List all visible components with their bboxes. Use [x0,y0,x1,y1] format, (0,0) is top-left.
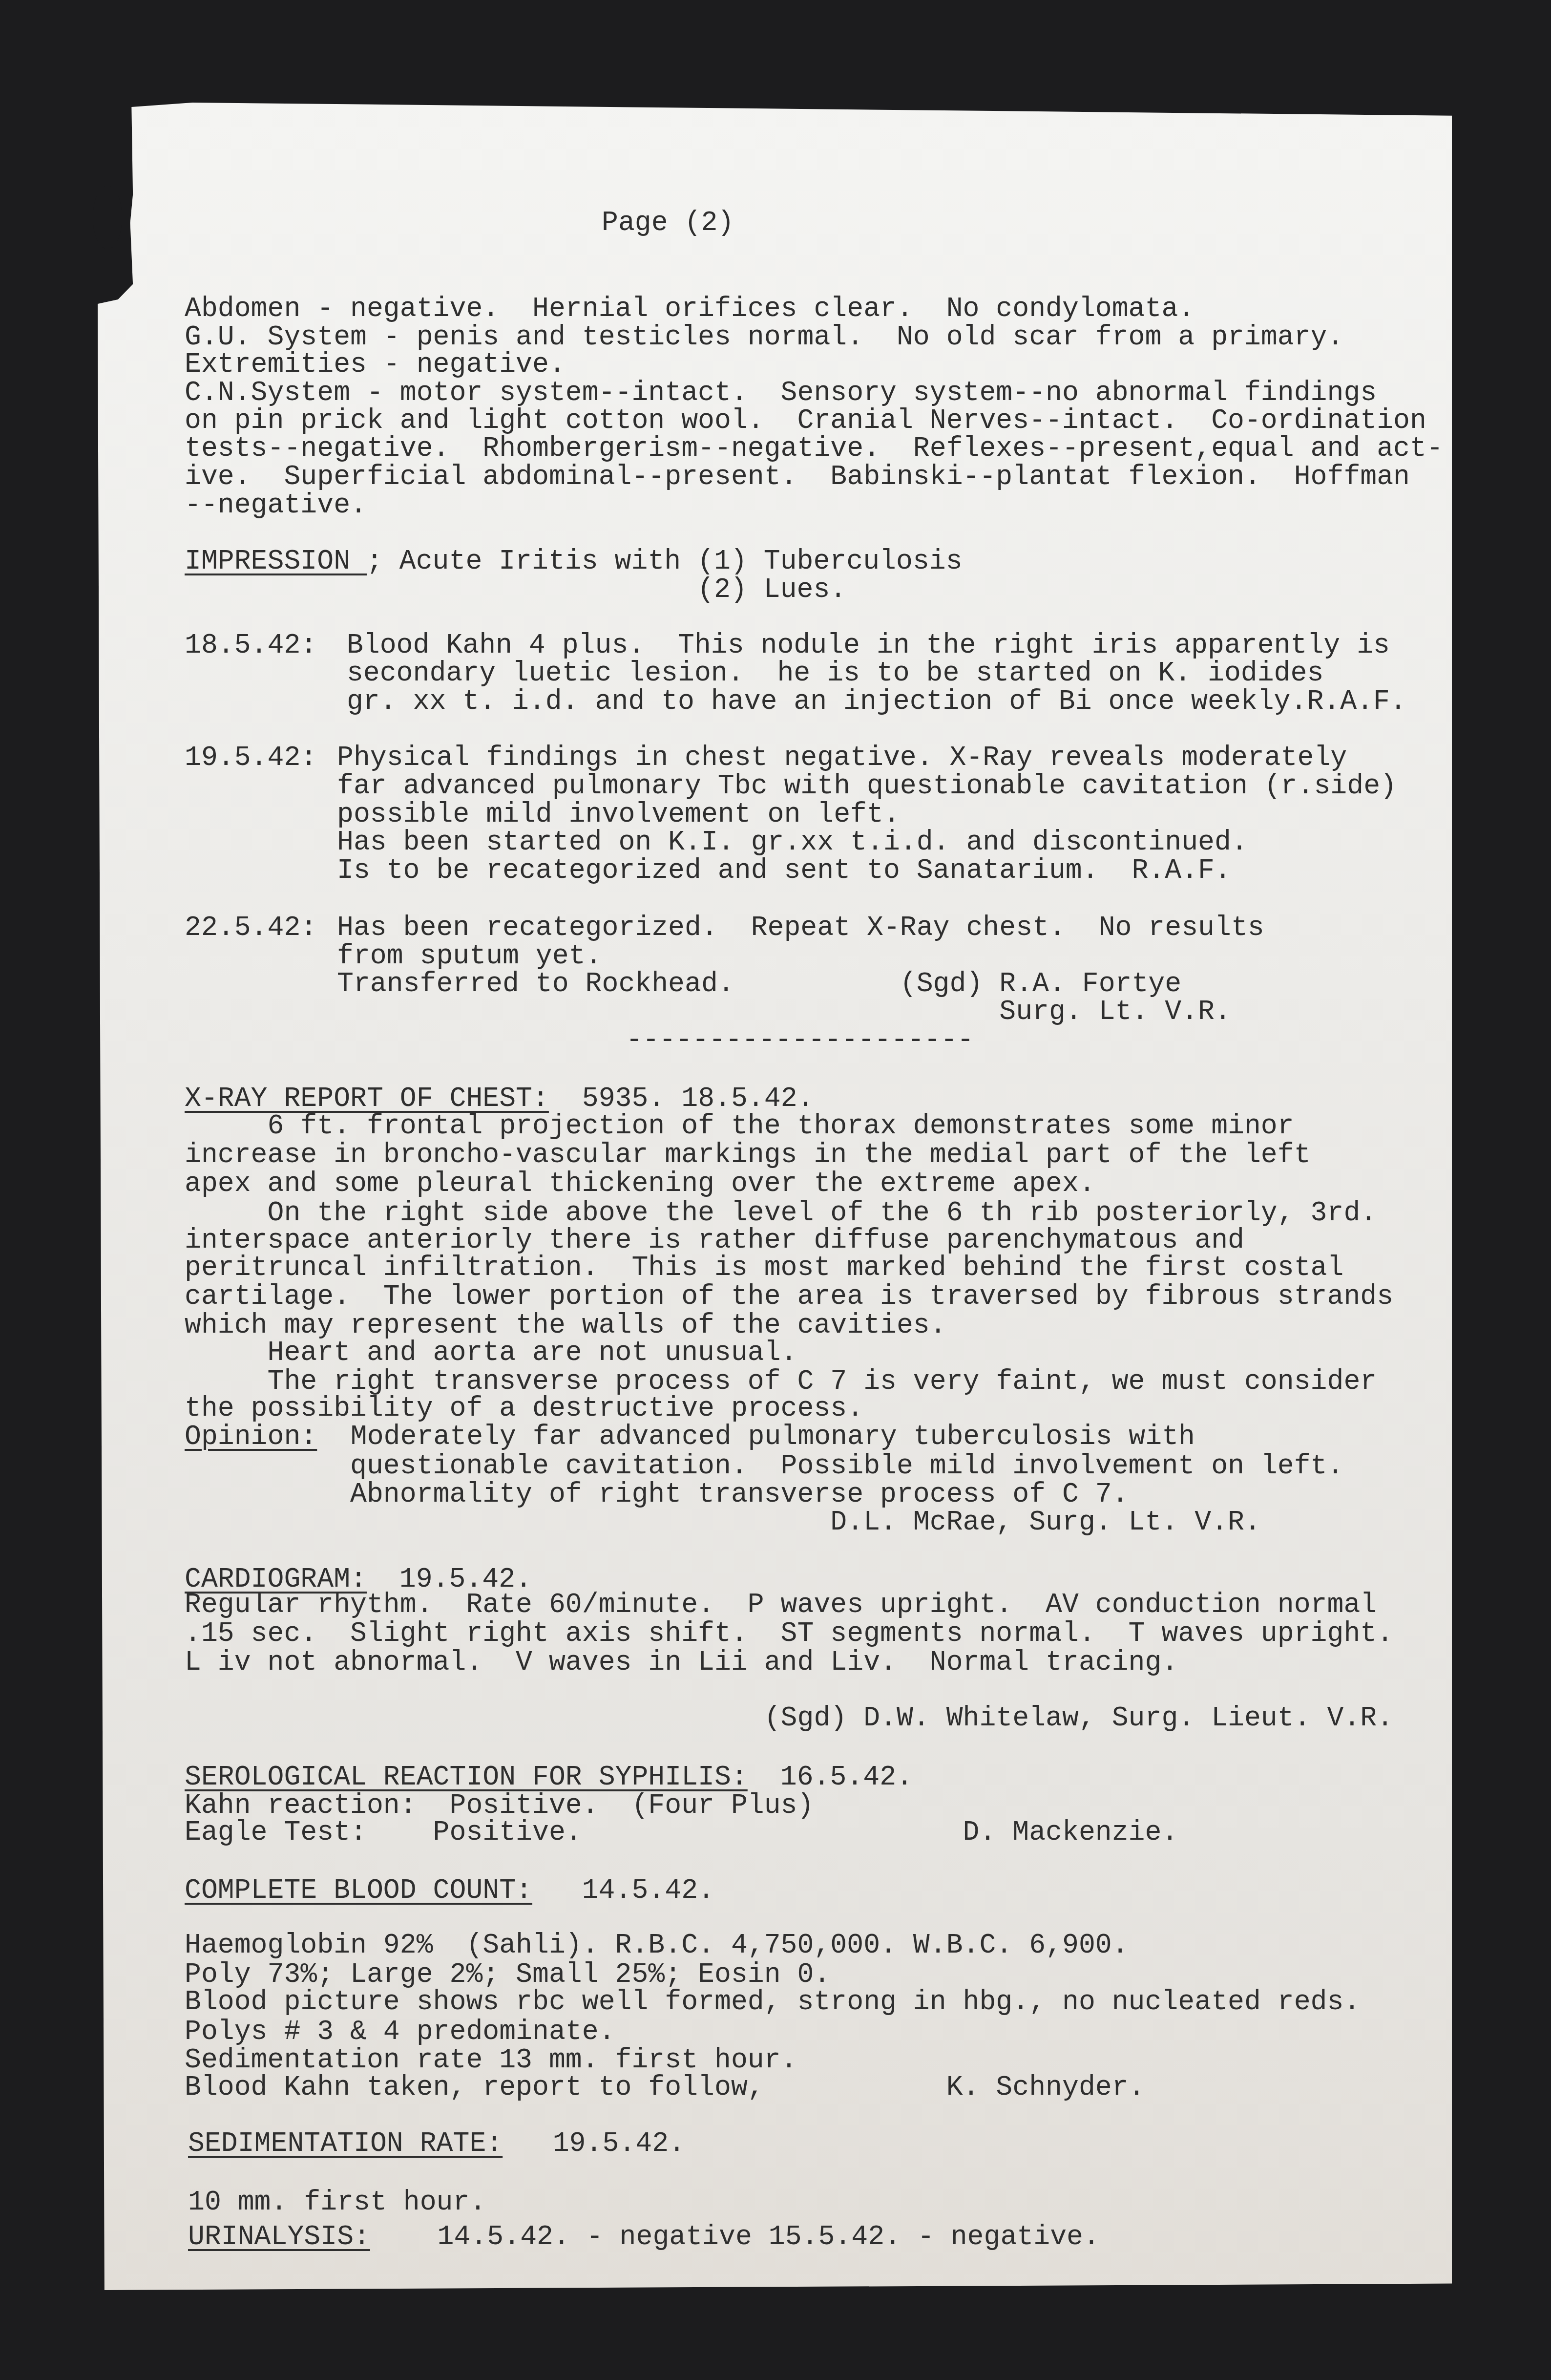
cbc-line: Blood picture shows rbc well formed, str… [185,1988,1360,2016]
separator-dashes: --------------------- [626,1026,974,1054]
cbc-date: 14.5.42. [532,1876,714,1905]
exam-line: on pin prick and light cotton wool. Cran… [185,406,1426,435]
xray-line: cartilage. The lower portion of the area… [185,1282,1393,1311]
cbc-line: Haemoglobin 92% (Sahli). R.B.C. 4,750,00… [185,1931,1129,1959]
cardiogram-line: L iv not abnormal. V waves in Lii and Li… [185,1648,1178,1677]
xray-line: apex and some pleural thickening over th… [185,1169,1095,1198]
xray-line: 6 ft. frontal projection of the thorax d… [185,1112,1294,1140]
exam-line: --negative. [185,491,367,519]
exam-line: Extremities - negative. [185,350,566,379]
serology-date: 16.5.42. [747,1763,913,1791]
xray-line: Heart and aorta are not unusual. [185,1339,797,1367]
urinalysis-result: 14.5.42. - negative 15.5.42. - negative. [371,2223,1100,2251]
xray-line: On the right side above the level of the… [185,1199,1377,1227]
note-line: Physical findings in chest negative. X-R… [337,744,1347,772]
note-line: secondary luetic lesion. he is to be sta… [330,659,1323,687]
xray-line: The right transverse process of C 7 is v… [185,1367,1377,1396]
impression-text: ; Acute Iritis with (1) Tuberculosis [366,547,963,575]
exam-line: tests--negative. Rhombergerism--negative… [185,434,1443,463]
urinalysis-heading: URINALYSIS: [188,2223,370,2251]
signature-title: Surg. Lt. V.R. [337,998,1231,1026]
opinion-line: Abnormality of right transverse process … [185,1480,1129,1509]
opinion-heading: Opinion: [185,1423,317,1451]
exam-line: Abdomen - negative. Hernial orifices cle… [185,295,1195,323]
opinion-line: questionable cavitation. Possible mild i… [185,1452,1343,1480]
impression-text: (2) Lues. [366,575,846,604]
exam-line: C.N.System - motor system--intact. Senso… [185,379,1377,407]
cardiogram-line: .15 sec. Slight right axis shift. ST seg… [185,1619,1393,1648]
note-line: Blood Kahn 4 plus. This nodule in the ri… [330,631,1390,659]
sed-rate-date: 19.5.42. [503,2129,685,2158]
opinion-line: Moderately far advanced pulmonary tuberc… [317,1423,1195,1451]
note-date: 18.5.42: [185,631,317,659]
sed-rate-result: 10 mm. first hour. [188,2188,486,2216]
cardiogram-line: Regular rhythm. Rate 60/minute. P waves … [185,1591,1377,1619]
serology-heading: SEROLOGICAL REACTION FOR SYPHILIS: [185,1763,748,1791]
xray-line: increase in broncho-vascular markings in… [185,1141,1311,1169]
note-line: Has been recategorized. Repeat X-Ray che… [337,914,1264,942]
note-line: possible mild involvement on left. [337,800,900,829]
cbc-line: Polys # 3 & 4 predominate. [185,2018,615,2046]
xray-line: peritruncal infiltration. This is most m… [185,1254,1343,1282]
serology-line: Kahn reaction: Positive. (Four Plus) [185,1791,814,1820]
note-line: from sputum yet. [337,942,602,970]
exam-line: G.U. System - penis and testicles normal… [185,323,1343,351]
impression-heading: IMPRESSION [185,547,367,575]
page-number: Page (2) [602,209,734,237]
xray-heading: X-RAY REPORT OF CHEST: [185,1084,549,1113]
note-line: Is to be recategorized and sent to Sanat… [337,856,1231,885]
xray-line: which may represent the walls of the cav… [185,1311,946,1339]
note-line: gr. xx t. i.d. and to have an injection … [330,687,1406,716]
xray-signature: D.L. McRae, Surg. Lt. V.R. [185,1508,1261,1536]
cbc-heading: COMPLETE BLOOD COUNT: [185,1876,532,1905]
paper-tear-notch [93,186,122,249]
note-line: far advanced pulmonary Tbc with question… [337,772,1397,800]
note-date: 22.5.42: [185,914,317,942]
cardiogram-signature: (Sgd) D.W. Whitelaw, Surg. Lieut. V.R. [185,1704,1393,1732]
note-line: Transferred to Rockhead. (Sgd) R.A. Fort… [337,970,1181,998]
note-line: Has been started on K.I. gr.xx t.i.d. an… [337,828,1248,856]
serology-line: Eagle Test: Positive. D. Mackenzie. [185,1818,1178,1847]
exam-line: ive. Superficial abdominal--present. Bab… [185,463,1410,491]
cbc-line: Blood Kahn taken, report to follow, K. S… [185,2073,1145,2102]
cbc-line: Sedimentation rate 13 mm. first hour. [185,2046,797,2074]
xray-line: the possibility of a destructive process… [185,1394,863,1423]
cbc-line: Poly 73%; Large 2%; Small 25%; Eosin 0. [185,1960,830,1989]
sed-rate-heading: SEDIMENTATION RATE: [188,2129,503,2158]
xray-ref: 5935. 18.5.42. [549,1084,814,1113]
note-date: 19.5.42: [185,744,317,772]
xray-line: interspace anteriorly there is rather di… [185,1226,1244,1254]
